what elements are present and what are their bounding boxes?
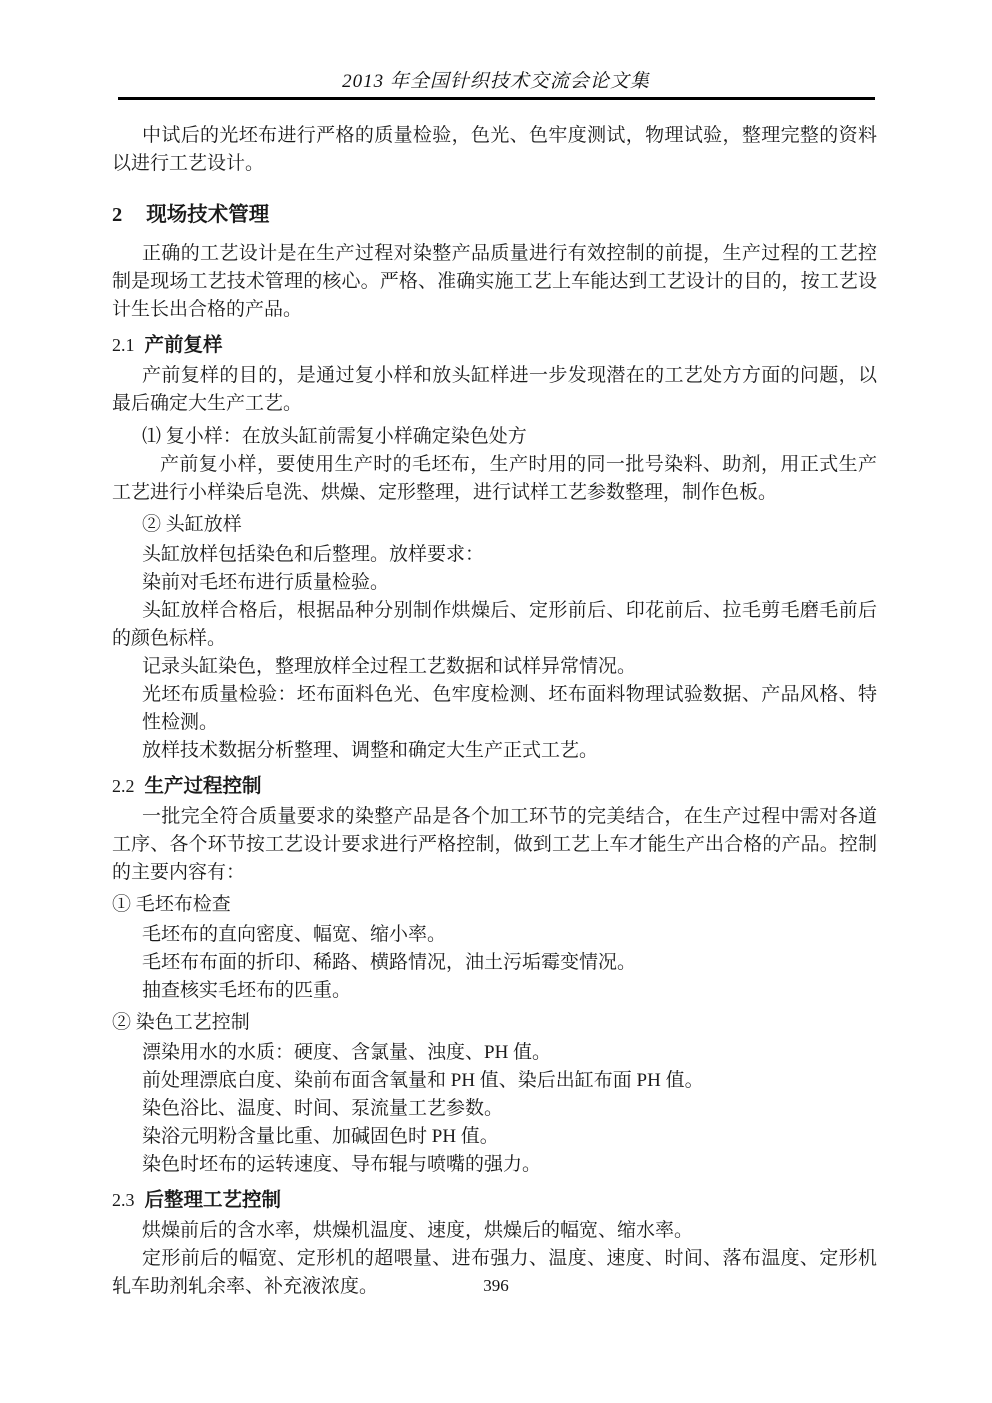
section-2-2-number: 2.2 [112,776,135,796]
drying-control-line: 烘燥前后的含水率，烘燥机温度、速度，烘燥后的幅宽、缩水率。 [112,1217,877,1245]
color-standard-paragraph: 头缸放样合格后，根据品种分别制作烘燥后、定形前后、印花前后、拉毛剪毛磨毛前后的颜… [112,597,877,653]
section-2-paragraph: 正确的工艺设计是在生产过程对染整产品质量进行有效控制的前提，生产过程的工艺控制是… [112,240,877,324]
fang-yang-requirements-line: 头缸放样包括染色和后整理。放样要求： [112,541,877,569]
pre-dye-inspection-line: 染前对毛坯布进行质量检验。 [112,569,877,597]
data-analysis-line: 放样技术数据分析整理、调整和确定大生产正式工艺。 [112,737,877,765]
document-page: 2013 年全国针织技术交流会论文集 中试后的光坯布进行严格的质量检验，色光、色… [0,0,992,1403]
section-2-2-paragraph: 一批完全符合质量要求的染整产品是各个加工环节的完美结合，在生产过程中需对各道工序… [112,803,877,887]
record-dyeing-line: 记录头缸染色，整理放样全过程工艺数据和试样异常情况。 [112,653,877,681]
running-speed-line: 染色时坯布的运转速度、导布辊与喷嘴的强力。 [112,1151,877,1179]
section-2-2-title: 生产过程控制 [145,775,262,797]
salt-content-line: 染浴元明粉含量比重、加碱固色时 PH 值。 [112,1123,877,1151]
section-2-3-heading: 2.3后整理工艺控制 [112,1187,877,1213]
fu-xiao-yang-paragraph: 产前复小样，要使用生产时的毛坯布，生产时用的同一批号染料、助剂，用正式生产工艺进… [112,451,877,507]
section-2-1-heading: 2.1产前复样 [112,332,877,358]
intro-paragraph: 中试后的光坯布进行严格的质量检验，色光、色牢度测试，物理试验，整理完整的资料以进… [112,122,877,178]
paper-body: 中试后的光坯布进行严格的质量检验，色光、色牢度测试，物理试验，整理完整的资料以进… [112,122,877,1301]
section-2-2-heading: 2.2生产过程控制 [112,773,877,799]
quality-inspection-line: 光坯布质量检验：坯布面料色光、色牢度检测、坯布面料物理试验数据、产品风格、特性检… [112,681,877,737]
bath-ratio-line: 染色浴比、温度、时间、泵流量工艺参数。 [112,1095,877,1123]
section-2-1-number: 2.1 [112,335,135,355]
section-2-heading: 2现场技术管理 [112,202,877,228]
fabric-surface-line: 毛坯布布面的折印、稀路、横路情况，油土污垢霉变情况。 [112,949,877,977]
list-item-dyeing-control: ② 染色工艺控制 [112,1009,877,1037]
section-2-title: 现场技术管理 [146,203,269,226]
header-rule [118,97,875,100]
section-2-3-title: 后整理工艺控制 [145,1189,282,1211]
fabric-weight-line: 抽查核实毛坯布的匹重。 [112,977,877,1005]
section-2-3-number: 2.3 [112,1190,135,1210]
list-item-fabric-check: ① 毛坯布检查 [112,891,877,919]
list-item-tou-gang-fang-yang: ② 头缸放样 [112,511,877,539]
section-2-number: 2 [112,204,122,226]
water-quality-line: 漂染用水的水质：硬度、含氯量、浊度、PH 值。 [112,1039,877,1067]
section-2-1-paragraph: 产前复样的目的，是通过复小样和放头缸样进一步发现潜在的工艺处方方面的问题，以最后… [112,362,877,418]
page-number: 396 [0,1276,992,1296]
section-2-1-title: 产前复样 [145,334,223,356]
fabric-density-line: 毛坯布的直向密度、幅宽、缩小率。 [112,921,877,949]
list-item-fu-xiao-yang: ⑴ 复小样：在放头缸前需复小样确定染色处方 [112,423,877,451]
pretreatment-line: 前处理漂底白度、染前布面含氧量和 PH 值、染后出缸布面 PH 值。 [112,1067,877,1095]
running-header-title: 2013 年全国针织技术交流会论文集 [0,66,992,93]
